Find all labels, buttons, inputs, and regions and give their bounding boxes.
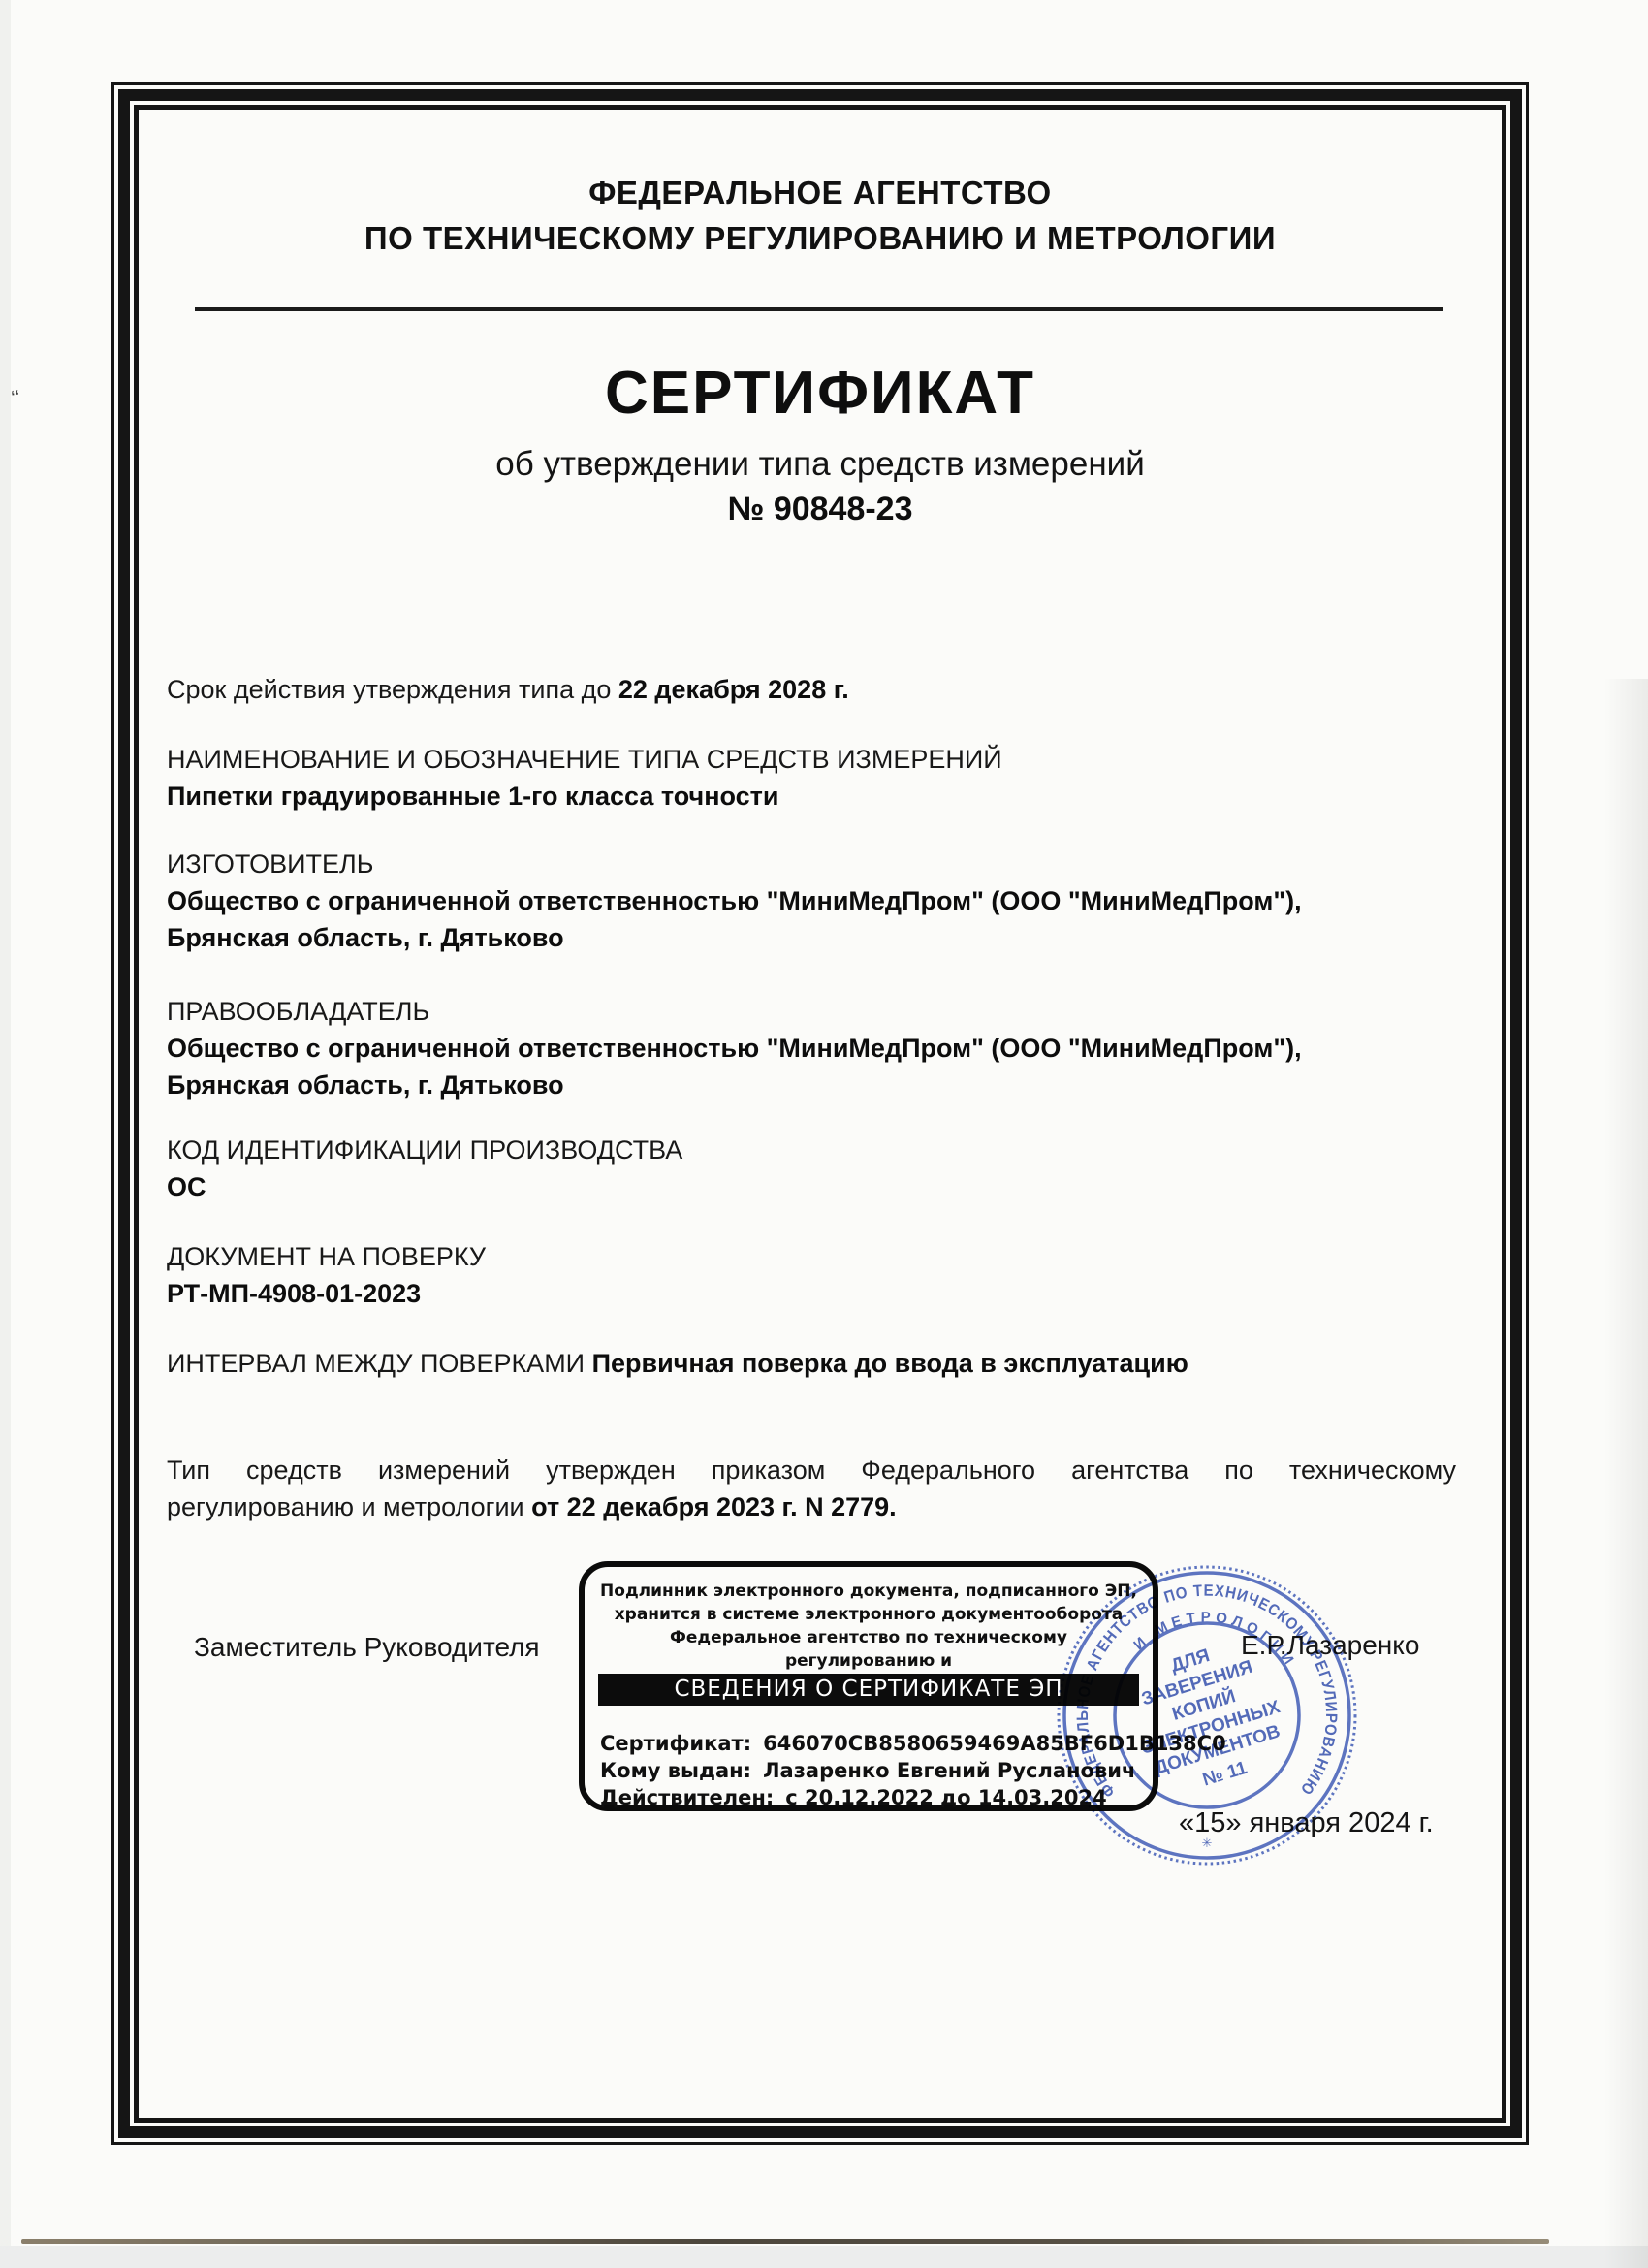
manufacturer-section: ИЗГОТОВИТЕЛЬ Общество с ограниченной отв…	[167, 846, 1456, 956]
manufacturer-label: ИЗГОТОВИТЕЛЬ	[167, 846, 1456, 882]
rightsholder-value-line1: Общество с ограниченной ответственностью…	[167, 1034, 1302, 1063]
verification-doc-value: РТ-МП-4908-01-2023	[167, 1279, 421, 1308]
validity-prefix: Срок действия утверждения типа до	[167, 675, 618, 704]
paper-bottom-edge	[21, 2239, 1549, 2244]
cert-label: Сертификат:	[600, 1732, 751, 1755]
stamp-center-text: ДЛЯ ЗАВЕРЕНИЯ КОПИЙ ЭЛЕКТРОННЫХ ДОКУМЕНТ…	[1119, 1630, 1297, 1805]
agency-header-line1: ФЕДЕРАЛЬНОЕ АГЕНТСТВО	[111, 170, 1529, 215]
production-code-section: КОД ИДЕНТИФИКАЦИИ ПРОИЗВОДСТВА ОС	[167, 1132, 1456, 1205]
production-code-label: КОД ИДЕНТИФИКАЦИИ ПРОИЗВОДСТВА	[167, 1132, 1456, 1168]
verification-doc-section: ДОКУМЕНТ НА ПОВЕРКУ РТ-МП-4908-01-2023	[167, 1238, 1456, 1312]
order-paragraph-line2: регулированию и метрологии от 22 декабря…	[167, 1488, 1456, 1525]
agency-header-line2: ПО ТЕХНИЧЕСКОМУ РЕГУЛИРОВАНИЮ И МЕТРОЛОГ…	[111, 215, 1529, 261]
order-paragraph: Тип средств измерений утвержден приказом…	[167, 1452, 1456, 1525]
type-label: НАИМЕНОВАНИЕ И ОБОЗНАЧЕНИЕ ТИПА СРЕДСТВ …	[167, 741, 1456, 778]
stamp-bottom-mark: ✳	[1202, 1836, 1213, 1850]
verification-doc-label: ДОКУМЕНТ НА ПОВЕРКУ	[167, 1238, 1456, 1275]
production-code-value: ОС	[167, 1172, 206, 1201]
rightsholder-label: ПРАВООБЛАДАТЕЛЬ	[167, 993, 1456, 1030]
interval-value: Первичная поверка до ввода в эксплуатаци…	[592, 1349, 1188, 1378]
order-line2-prefix: регулированию и метрологии	[167, 1492, 531, 1521]
type-value: Пипетки градуированные 1-го класса точно…	[167, 782, 779, 811]
order-paragraph-line1: Тип средств измерений утвержден приказом…	[167, 1452, 1456, 1488]
signer-position: Заместитель Руководителя	[194, 1632, 540, 1663]
interval-line: ИНТЕРВАЛ МЕЖДУ ПОВЕРКАМИ Первичная повер…	[167, 1345, 1456, 1382]
valid-label: Действителен:	[600, 1786, 774, 1809]
rightsholder-section: ПРАВООБЛАДАТЕЛЬ Общество с ограниченной …	[167, 993, 1456, 1103]
validity-value: 22 декабря 2028 г.	[618, 675, 849, 704]
manufacturer-value-line1: Общество с ограниченной ответственностью…	[167, 886, 1302, 915]
certificate-title: СЕРТИФИКАТ	[111, 359, 1529, 428]
scan-artifact-mark: ʻʻ	[10, 387, 21, 410]
validity-line: Срок действия утверждения типа до 22 дек…	[167, 671, 1456, 708]
certificate-scan-page: ʻʻ ФЕДЕРАЛЬНОЕ АГЕНТСТВО ПО ТЕХНИЧЕСКОМУ…	[0, 0, 1648, 2268]
scan-left-edge	[0, 0, 11, 2268]
agency-round-stamp: ФЕДЕРАЛЬНОЕ АГЕНТСТВО ПО ТЕХНИЧЕСКОМУ РЕ…	[1047, 1555, 1367, 1875]
header-divider	[195, 307, 1443, 311]
agency-header: ФЕДЕРАЛЬНОЕ АГЕНТСТВО ПО ТЕХНИЧЕСКОМУ РЕ…	[111, 170, 1529, 261]
interval-label: ИНТЕРВАЛ МЕЖДУ ПОВЕРКАМИ	[167, 1349, 592, 1378]
scanner-background	[0, 2246, 1648, 2268]
order-line2-value: от 22 декабря 2023 г. N 2779.	[531, 1492, 897, 1521]
manufacturer-value-line2: Брянская область, г. Дятьково	[167, 923, 564, 952]
rightsholder-value-line2: Брянская область, г. Дятьково	[167, 1070, 564, 1100]
issued-label: Кому выдан:	[600, 1759, 751, 1782]
certificate-subtitle: об утверждении типа средств измерений	[111, 445, 1529, 484]
type-section: НАИМЕНОВАНИЕ И ОБОЗНАЧЕНИЕ ТИПА СРЕДСТВ …	[167, 741, 1456, 815]
certificate-number: № 90848-23	[111, 491, 1529, 528]
